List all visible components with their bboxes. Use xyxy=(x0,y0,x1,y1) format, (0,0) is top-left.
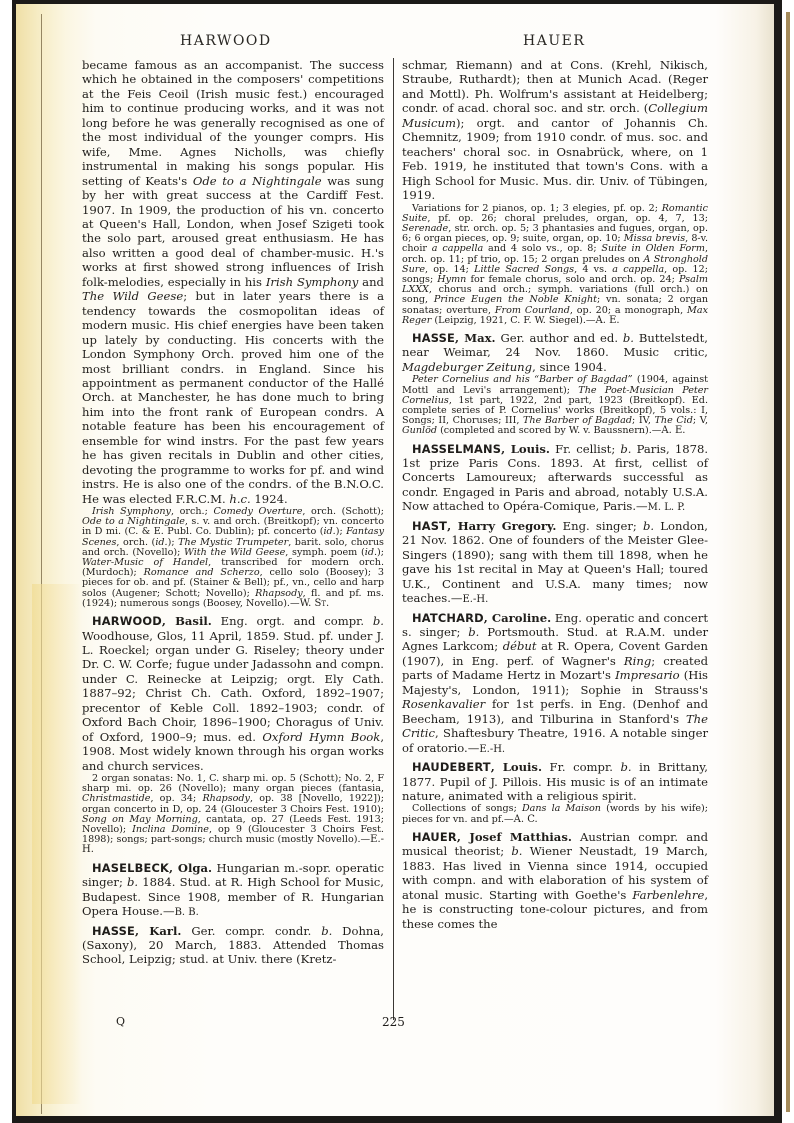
works-list: Variations for 2 pianos, op. 1; 3 elegie… xyxy=(402,204,708,326)
entry-body: HASSE, Karl. Ger. compr. condr. b. Dohna… xyxy=(82,924,384,967)
contributor-initials: E.-H. xyxy=(462,594,488,605)
page-number: 225 xyxy=(382,1015,405,1029)
entry-body: became famous as an accompanist. The suc… xyxy=(82,58,384,506)
entry-hasselmans-louis: HASSELMANS, Louis. Fr. cellist; b. Paris… xyxy=(402,442,708,516)
contributor-initials: A. E. xyxy=(661,425,685,436)
entry-hast-harry-gregory: HAST, Harry Gregory. Eng. singer; b. Lon… xyxy=(402,519,708,608)
headword: HAUDEBERT xyxy=(412,760,491,774)
works-list: Collections of songs; Dans la Maison (wo… xyxy=(402,804,708,824)
contributor-initials: E.-H. xyxy=(479,744,505,755)
contributor-initials: B. B. xyxy=(175,907,199,918)
headword: HASSELMANS xyxy=(412,442,501,456)
column-divider xyxy=(393,58,394,1020)
headword: HASELBECK xyxy=(92,861,169,875)
work-title: Ode to a Nightingale xyxy=(193,174,322,188)
entry-body: HASSELMANS, Louis. Fr. cellist; b. Paris… xyxy=(402,442,708,516)
work-title: The Wild Geese xyxy=(82,289,183,303)
entry-haudebert-louis: HAUDEBERT, Louis. Fr. compr. b. in Britt… xyxy=(402,760,708,825)
entry-body: HASSE, Max. Ger. author and ed. b. Butte… xyxy=(402,331,708,374)
entry-body: HARWOOD, Basil. Eng. orgt. and compr. b.… xyxy=(82,614,384,773)
work-title: Irish Symphony xyxy=(266,275,358,289)
contributor-initials: M. L. P. xyxy=(648,502,685,513)
headword: HASSE xyxy=(92,924,135,938)
entry-harty-continuation: became famous as an accompanist. The suc… xyxy=(82,58,384,609)
entry-hatchard-caroline: HATCHARD, Caroline. Eng. operatic and co… xyxy=(402,611,708,758)
signature-mark: Q xyxy=(116,1015,125,1028)
entry-hasse-max: HASSE, Max. Ger. author and ed. b. Butte… xyxy=(402,331,708,437)
entry-body: HATCHARD, Caroline. Eng. operatic and co… xyxy=(402,611,708,758)
entry-haselbeck-olga: HASELBECK, Olga. Hungarian m.-sopr. oper… xyxy=(82,861,384,921)
headword: HAST xyxy=(412,519,447,533)
entry-body: HAUER, Josef Matthias. Austrian compr. a… xyxy=(402,830,708,931)
right-column: schmar, Riemann) and at Cons. (Krehl, Ni… xyxy=(402,58,708,934)
headword: HATCHARD xyxy=(412,611,484,625)
contributor-initials: W. St. xyxy=(300,598,330,609)
entry-harwood-basil: HARWOOD, Basil. Eng. orgt. and compr. b.… xyxy=(82,614,384,856)
contributor-initials: A. E. xyxy=(595,315,619,326)
entry-hauer-josef-matthias: HAUER, Josef Matthias. Austrian compr. a… xyxy=(402,830,708,931)
left-column: became famous as an accompanist. The suc… xyxy=(82,58,384,970)
contributor-initials: A. C. xyxy=(514,814,538,825)
running-header-left: HARWOOD xyxy=(180,33,272,49)
entry-body: HAST, Harry Gregory. Eng. singer; b. Lon… xyxy=(402,519,708,608)
works-list: Irish Symphony, orch.; Comedy Overture, … xyxy=(82,507,384,609)
entry-body: HASELBECK, Olga. Hungarian m.-sopr. oper… xyxy=(82,861,384,921)
entry-hasse-karl: HASSE, Karl. Ger. compr. condr. b. Dohna… xyxy=(82,924,384,967)
headword: HAUER xyxy=(412,830,457,844)
running-header-right: HAUER xyxy=(523,33,585,49)
page-stain xyxy=(32,584,82,1104)
headword: HARWOOD xyxy=(92,614,162,628)
works-list: 2 organ sonatas: No. 1, C. sharp mi. op.… xyxy=(82,774,384,856)
page-edge xyxy=(786,12,790,1112)
entry-body: HAUDEBERT, Louis. Fr. compr. b. in Britt… xyxy=(402,760,708,803)
entry-hasse-karl-continuation: schmar, Riemann) and at Cons. (Krehl, Ni… xyxy=(402,58,708,326)
headword: HASSE xyxy=(412,331,455,345)
entry-body: schmar, Riemann) and at Cons. (Krehl, Ni… xyxy=(402,58,708,203)
works-list: Peter Cornelius and his “Barber of Bagda… xyxy=(402,375,708,436)
